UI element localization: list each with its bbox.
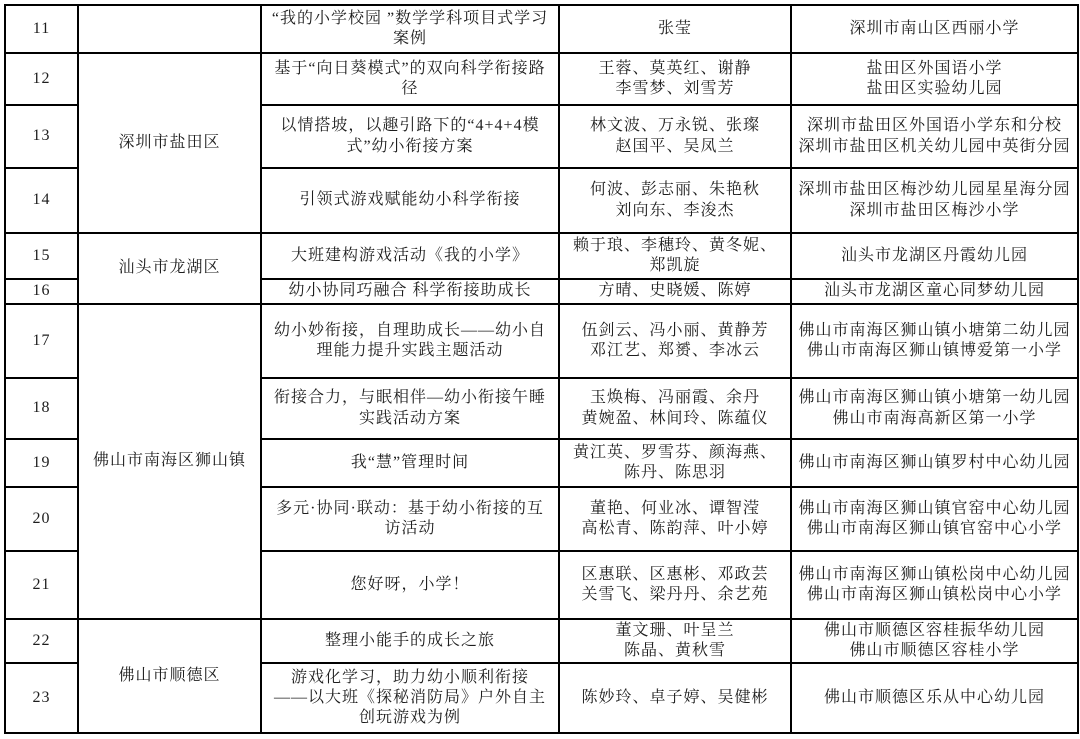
authors-cell: 陈妙玲、卓子婷、吴健彬: [559, 663, 791, 733]
district-cell: 佛山市顺德区: [78, 619, 261, 733]
project-title: 整理小能手的成长之旅: [261, 619, 559, 663]
project-title: 我“慧”管理时间: [261, 439, 559, 487]
table-row: 15 汕头市龙湖区 大班建构游戏活动《我的小学》 赖于琅、李穗玲、黄冬妮、 郑凯…: [5, 233, 1078, 279]
schools-cell: 深圳市盐田区梅沙幼儿园星星海分园 深圳市盐田区梅沙小学: [791, 168, 1078, 233]
serial-number: 20: [5, 487, 78, 551]
serial-number: 13: [5, 105, 78, 168]
serial-number: 19: [5, 439, 78, 487]
authors-cell: 玉焕梅、冯丽霞、余丹 黄婉盈、林间玲、陈蕴仪: [559, 378, 791, 439]
project-title: 幼小妙衔接，自理助成长——幼小自理能力提升实践主题活动: [261, 304, 559, 378]
project-title: 幼小协同巧融合 科学衔接助成长: [261, 279, 559, 304]
authors-cell: 董文珊、叶呈兰 陈晶、黄秋雪: [559, 619, 791, 663]
schools-cell: 佛山市南海区狮山镇小塘第一幼儿园 佛山市南海高新区第一小学: [791, 378, 1078, 439]
project-title: 引领式游戏赋能幼小科学衔接: [261, 168, 559, 233]
schools-cell: 汕头市龙湖区童心同梦幼儿园: [791, 279, 1078, 304]
schools-cell: 深圳市盐田区外国语小学东和分校 深圳市盐田区机关幼儿园中英街分园: [791, 105, 1078, 168]
project-title: 以情搭坡，以趣引路下的“4+4+4模式”幼小衔接方案: [261, 105, 559, 168]
award-projects-table: 11 “我的小学校园 ”数学学科项目式学习案例 张莹 深圳市南山区西丽小学 12…: [4, 4, 1079, 734]
table-row: 12 深圳市盐田区 基于“向日葵模式”的双向科学衔接路径 王蓉、莫英红、谢静 李…: [5, 53, 1078, 105]
district-cell: 汕头市龙湖区: [78, 233, 261, 304]
authors-cell: 王蓉、莫英红、谢静 李雪梦、刘雪芳: [559, 53, 791, 105]
authors-cell: 林文波、万永锐、张璨 赵国平、吴凤兰: [559, 105, 791, 168]
schools-cell: 佛山市顺德区容桂振华幼儿园 佛山市顺德区容桂小学: [791, 619, 1078, 663]
authors-cell: 张莹: [559, 5, 791, 53]
project-title: 游戏化学习，助力幼小顺利衔接 ——以大班《探秘消防局》户外自主创玩游戏为例: [261, 663, 559, 733]
serial-number: 14: [5, 168, 78, 233]
schools-cell: 佛山市南海区狮山镇小塘第二幼儿园 佛山市南海区狮山镇博爱第一小学: [791, 304, 1078, 378]
district-cell: 佛山市南海区狮山镇: [78, 304, 261, 619]
project-title: 多元·协同·联动：基于幼小衔接的互访活动: [261, 487, 559, 551]
project-title: 基于“向日葵模式”的双向科学衔接路径: [261, 53, 559, 105]
authors-cell: 何波、彭志丽、朱艳秋 刘向东、李浚杰: [559, 168, 791, 233]
serial-number: 11: [5, 5, 78, 53]
schools-cell: 汕头市龙湖区丹霞幼儿园: [791, 233, 1078, 279]
schools-cell: 佛山市南海区狮山镇松岗中心幼儿园 佛山市南海区狮山镇松岗中心小学: [791, 551, 1078, 619]
district-cell: 深圳市盐田区: [78, 53, 261, 233]
authors-cell: 黄江英、罗雪芬、颜海燕、 陈丹、陈思羽: [559, 439, 791, 487]
project-title: 您好呀，小学！: [261, 551, 559, 619]
serial-number: 23: [5, 663, 78, 733]
table-row: 22 佛山市顺德区 整理小能手的成长之旅 董文珊、叶呈兰 陈晶、黄秋雪 佛山市顺…: [5, 619, 1078, 663]
schools-cell: 深圳市南山区西丽小学: [791, 5, 1078, 53]
schools-cell: 盐田区外国语小学 盐田区实验幼儿园: [791, 53, 1078, 105]
authors-cell: 方晴、史晓媛、陈婷: [559, 279, 791, 304]
table-row: 11 “我的小学校园 ”数学学科项目式学习案例 张莹 深圳市南山区西丽小学: [5, 5, 1078, 53]
serial-number: 17: [5, 304, 78, 378]
serial-number: 12: [5, 53, 78, 105]
schools-cell: 佛山市南海区狮山镇官窑中心幼儿园 佛山市南海区狮山镇官窑中心小学: [791, 487, 1078, 551]
serial-number: 21: [5, 551, 78, 619]
project-title: “我的小学校园 ”数学学科项目式学习案例: [261, 5, 559, 53]
serial-number: 15: [5, 233, 78, 279]
project-title: 大班建构游戏活动《我的小学》: [261, 233, 559, 279]
district-cell: [78, 5, 261, 53]
schools-cell: 佛山市南海区狮山镇罗村中心幼儿园: [791, 439, 1078, 487]
schools-cell: 佛山市顺德区乐从中心幼儿园: [791, 663, 1078, 733]
authors-cell: 赖于琅、李穗玲、黄冬妮、 郑凯旋: [559, 233, 791, 279]
authors-cell: 区惠联、区惠彬、邓政芸 关雪飞、梁丹丹、余艺苑: [559, 551, 791, 619]
table-row: 17 佛山市南海区狮山镇 幼小妙衔接，自理助成长——幼小自理能力提升实践主题活动…: [5, 304, 1078, 378]
authors-cell: 董艳、何业冰、谭智滢 高松青、陈韵萍、叶小婷: [559, 487, 791, 551]
project-title: 衔接合力，与眠相伴—幼小衔接午睡实践活动方案: [261, 378, 559, 439]
serial-number: 22: [5, 619, 78, 663]
authors-cell: 伍剑云、冯小丽、黄静芳 邓江艺、郑赟、李冰云: [559, 304, 791, 378]
serial-number: 18: [5, 378, 78, 439]
serial-number: 16: [5, 279, 78, 304]
